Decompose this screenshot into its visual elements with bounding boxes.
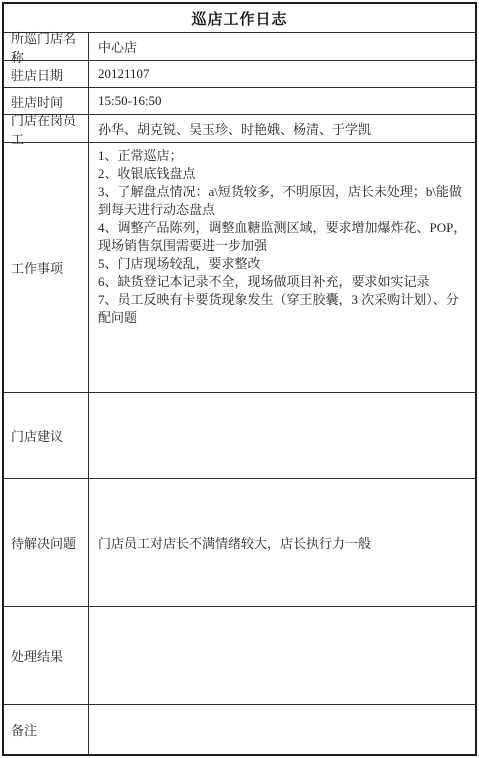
- staff-value: 孙华、胡克锐、吴玉珍、时艳娥、杨清、于学凯: [89, 115, 475, 142]
- staff-label: 门店在岗员工: [4, 115, 89, 142]
- store-name-value: 中心店: [89, 33, 475, 60]
- remarks-label: 备注: [4, 705, 89, 754]
- work-items-value: 1、正常巡店； 2、收银底钱盘点 3、了解盘点情况：a\短货较多，不明原因，店长…: [89, 143, 475, 392]
- date-label: 驻店日期: [4, 61, 89, 87]
- table-row-remarks: 备注: [4, 704, 475, 754]
- table-row-store-name: 所巡门店名称 中心店: [4, 32, 475, 60]
- work-item-2: 2、收银底钱盘点: [98, 165, 467, 183]
- table-row-handling-result: 处理结果: [4, 606, 475, 704]
- work-item-5: 5、门店现场较乱，要求整改: [98, 255, 467, 273]
- work-item-3: 3、了解盘点情况：a\短货较多，不明原因，店长未处理；b\能做到每天进行动态盘点: [98, 183, 467, 219]
- work-items-label: 工作事项: [4, 143, 89, 392]
- store-inspection-log-table: 巡店工作日志 所巡门店名称 中心店 驻店日期 20121107 驻店时间 15:…: [2, 2, 477, 756]
- suggestions-label: 门店建议: [4, 393, 89, 478]
- work-item-7: 7、员工反映有卡要货现象发生（穿王胶囊，3 次采购计划）、分配问题: [98, 291, 467, 327]
- table-row-pending-issues: 待解决问题 门店员工对店长不满情绪较大，店长执行力一般: [4, 478, 475, 606]
- work-item-6: 6、缺货登记本记录不全，现场做项目补充，要求如实记录: [98, 273, 467, 291]
- table-row-date: 驻店日期 20121107: [4, 60, 475, 87]
- remarks-value: [89, 705, 475, 754]
- page-title: 巡店工作日志: [191, 8, 287, 29]
- work-item-4: 4、调整产品陈列，调整血糖监测区域，要求增加爆炸花、POP，现场销售氛围需要进一…: [98, 219, 467, 255]
- handling-result-value: [89, 607, 475, 704]
- store-name-label: 所巡门店名称: [4, 33, 89, 60]
- handling-result-label: 处理结果: [4, 607, 89, 704]
- suggestions-value: [89, 393, 475, 478]
- work-item-1: 1、正常巡店；: [98, 147, 467, 165]
- table-row-suggestions: 门店建议: [4, 392, 475, 478]
- time-value: 15:50-16:50: [89, 88, 475, 114]
- pending-issues-label: 待解决问题: [4, 479, 89, 606]
- pending-issues-value: 门店员工对店长不满情绪较大，店长执行力一般: [89, 479, 475, 606]
- table-row-staff: 门店在岗员工 孙华、胡克锐、吴玉珍、时艳娥、杨清、于学凯: [4, 114, 475, 142]
- date-value: 20121107: [89, 61, 475, 87]
- table-row-work-items: 工作事项 1、正常巡店； 2、收银底钱盘点 3、了解盘点情况：a\短货较多，不明…: [4, 142, 475, 392]
